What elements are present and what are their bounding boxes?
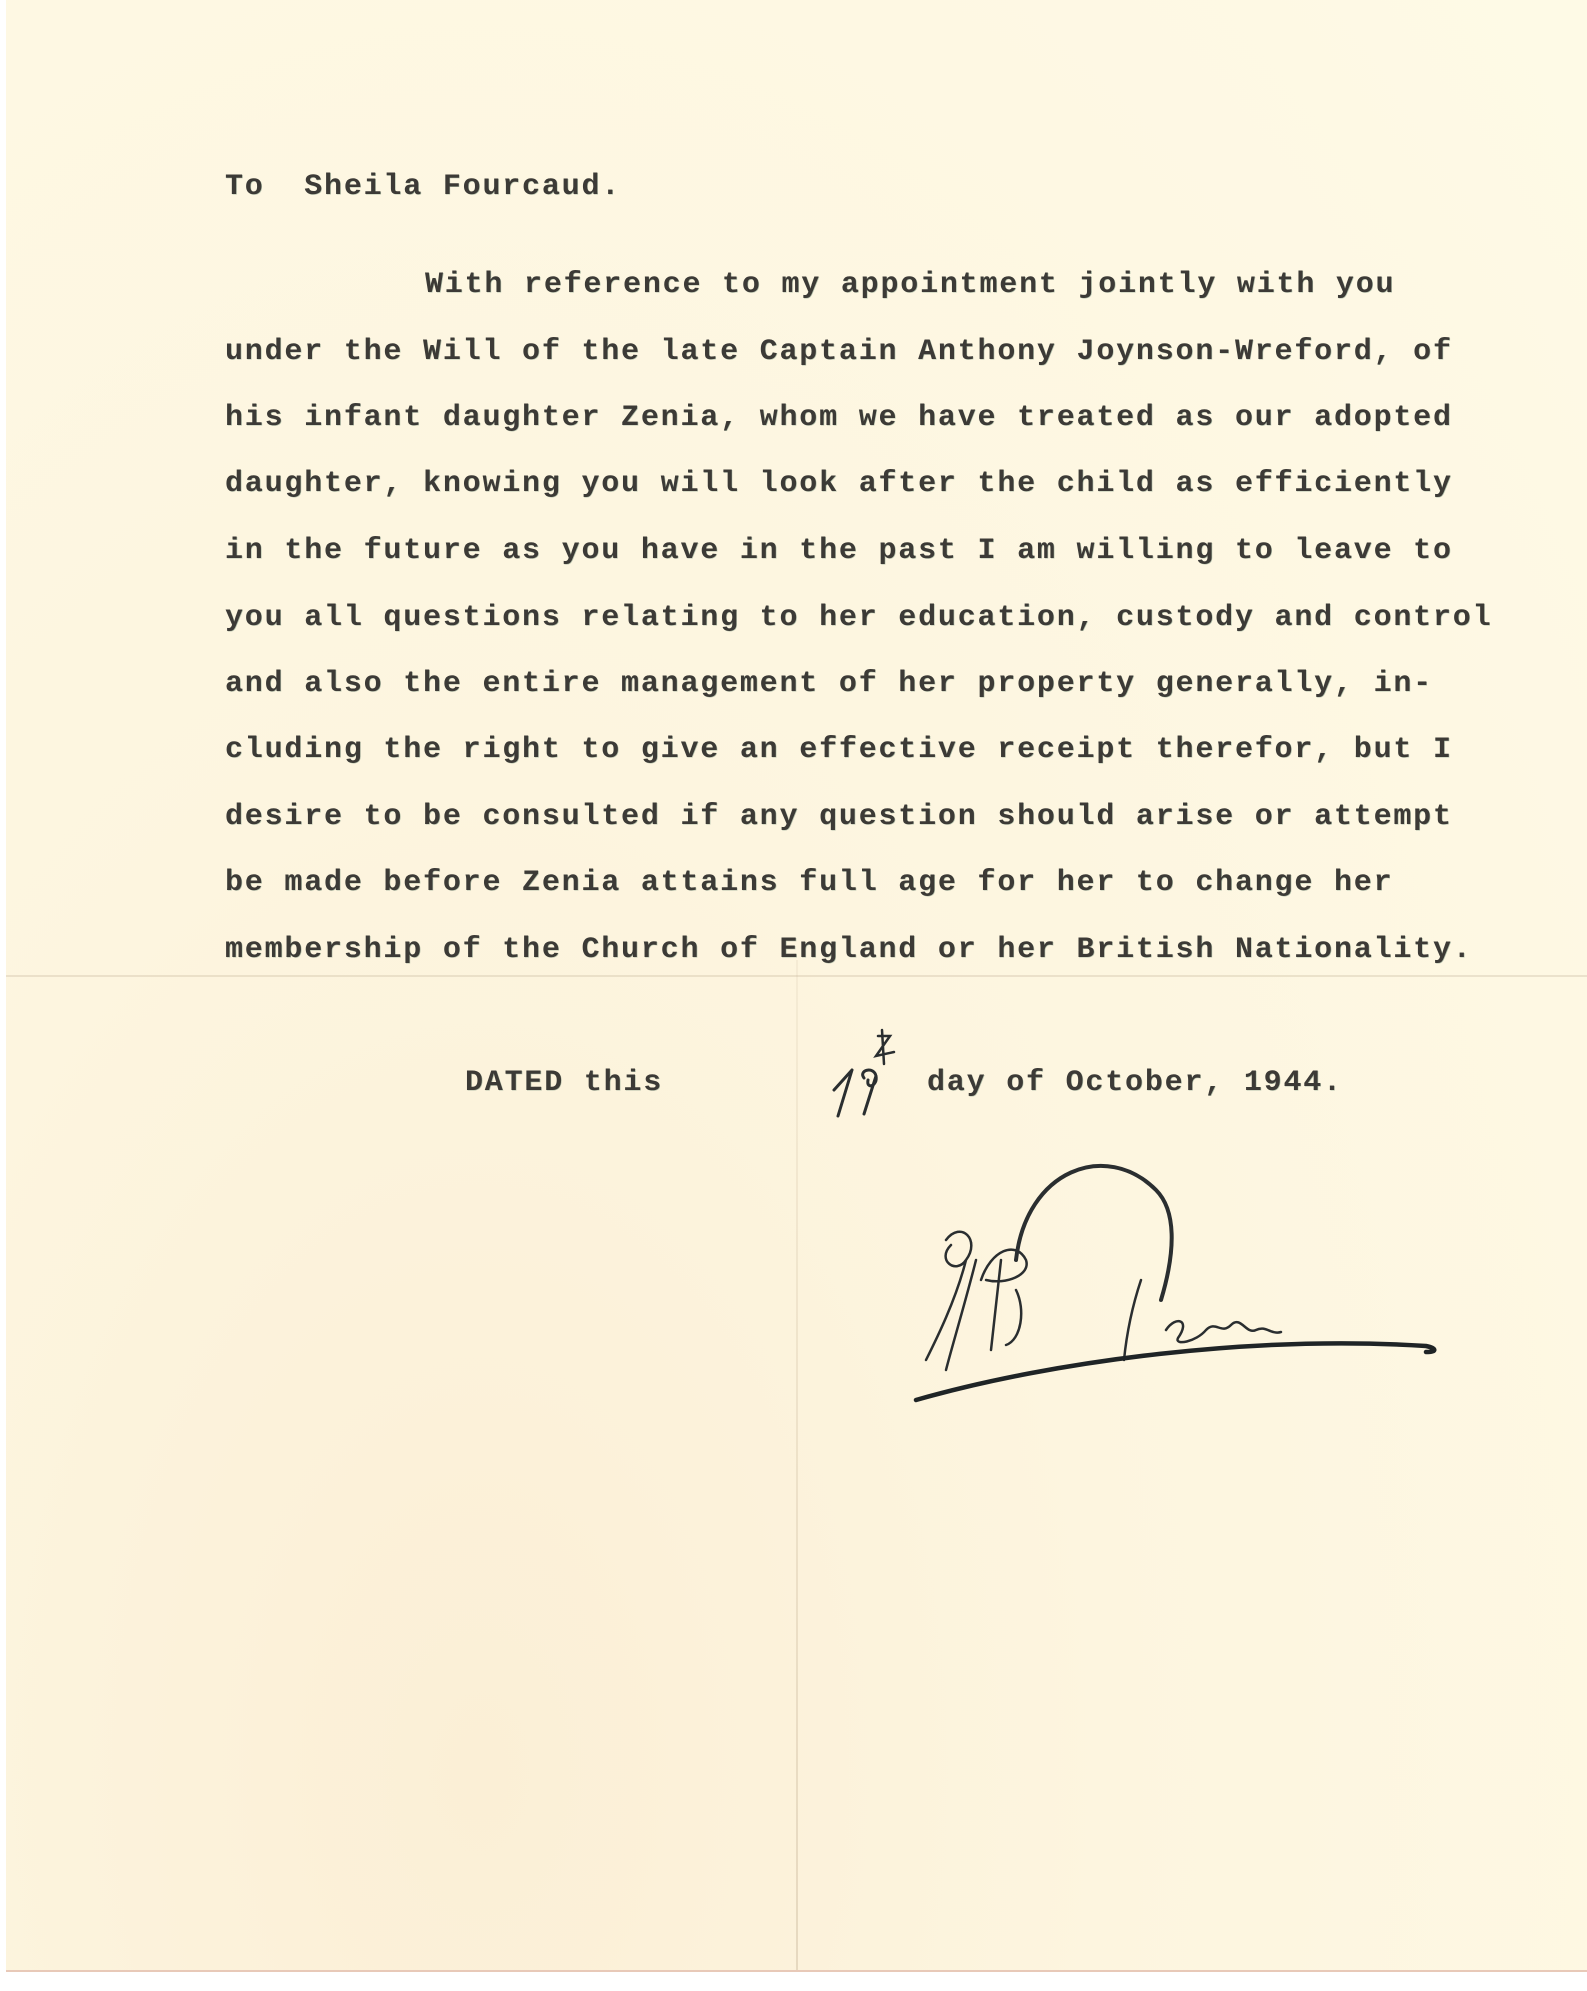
body-line-2: under the Will of the late Captain Antho… bbox=[225, 335, 1453, 369]
body-line-3: his infant daughter Zenia, whom we have … bbox=[225, 401, 1453, 435]
letter-paper: To Sheila Fourcaud. With reference to my… bbox=[6, 0, 1587, 1972]
body-line-8: cluding the right to give an effective r… bbox=[225, 733, 1453, 767]
date-text: day of October, 1944. bbox=[927, 1066, 1343, 1100]
dated-label: DATED this bbox=[465, 1066, 663, 1100]
body-line-1: With reference to my appointment jointly… bbox=[425, 268, 1395, 302]
salutation: To Sheila Fourcaud. bbox=[225, 170, 621, 204]
signature bbox=[906, 1110, 1446, 1415]
vertical-fold-line bbox=[796, 960, 798, 1970]
body-line-10: be made before Zenia attains full age fo… bbox=[225, 866, 1393, 900]
body-line-5: in the future as you have in the past I … bbox=[225, 534, 1453, 568]
body-line-11: membership of the Church of England or h… bbox=[225, 933, 1473, 967]
body-line-4: daughter, knowing you will look after th… bbox=[225, 467, 1453, 501]
body-line-9: desire to be consulted if any question s… bbox=[225, 800, 1453, 834]
body-line-6: you all questions relating to her educat… bbox=[225, 601, 1492, 635]
body-line-7: and also the entire management of her pr… bbox=[225, 667, 1433, 701]
